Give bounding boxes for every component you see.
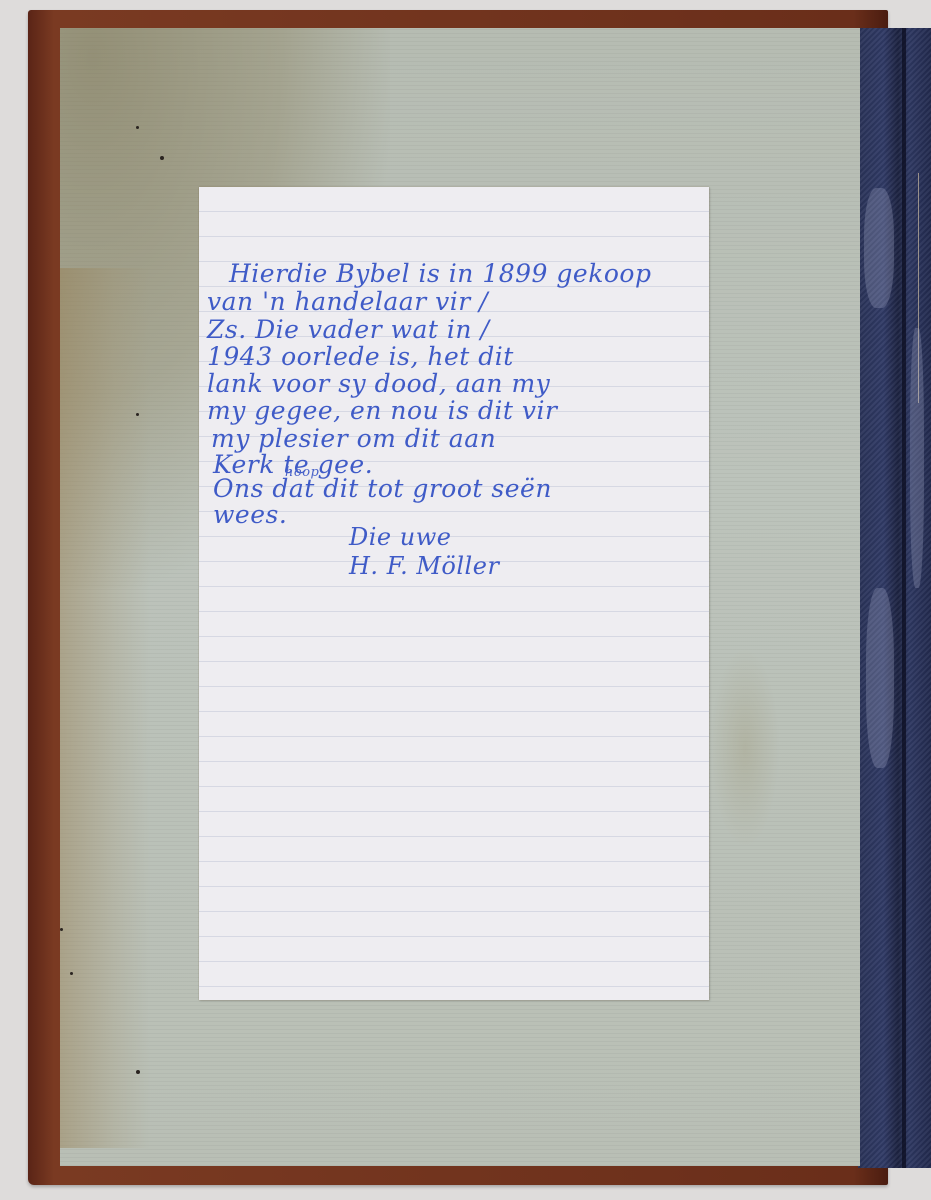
speck xyxy=(70,972,73,975)
spine-fold xyxy=(902,28,906,1168)
water-stain xyxy=(710,648,780,848)
speck xyxy=(160,156,164,160)
note-line-10: wees. xyxy=(213,500,287,529)
spine-wear-mark xyxy=(910,328,924,588)
note-line-5: lank voor sy dood, aan my xyxy=(207,369,550,398)
handwritten-note: Hierdie Bybel is in 1899 gekoop van 'n h… xyxy=(199,187,709,1000)
note-signature: H. F. Möller xyxy=(349,552,499,580)
speck xyxy=(136,1070,140,1074)
speck xyxy=(136,126,139,129)
spine-wear-mark xyxy=(866,588,894,768)
note-line-2: van 'n handelaar vir / xyxy=(207,287,488,316)
water-stain xyxy=(60,268,150,1148)
cloth-spine xyxy=(858,28,931,1168)
note-line-3: Zs. Die vader wat in / xyxy=(207,315,489,344)
speck xyxy=(60,928,63,931)
note-line-7: my plesier om dit aan xyxy=(211,424,496,453)
note-line-9: Ons dat dit tot groot seën xyxy=(213,474,552,503)
note-line-4: 1943 oorlede is, het dit xyxy=(207,342,514,371)
spine-wear-mark xyxy=(864,188,894,308)
note-closing: Die uwe xyxy=(349,523,451,551)
note-line-6: my gegee, en nou is dit vir xyxy=(207,396,557,425)
speck xyxy=(136,413,139,416)
note-line-1: Hierdie Bybel is in 1899 gekoop xyxy=(229,259,651,288)
